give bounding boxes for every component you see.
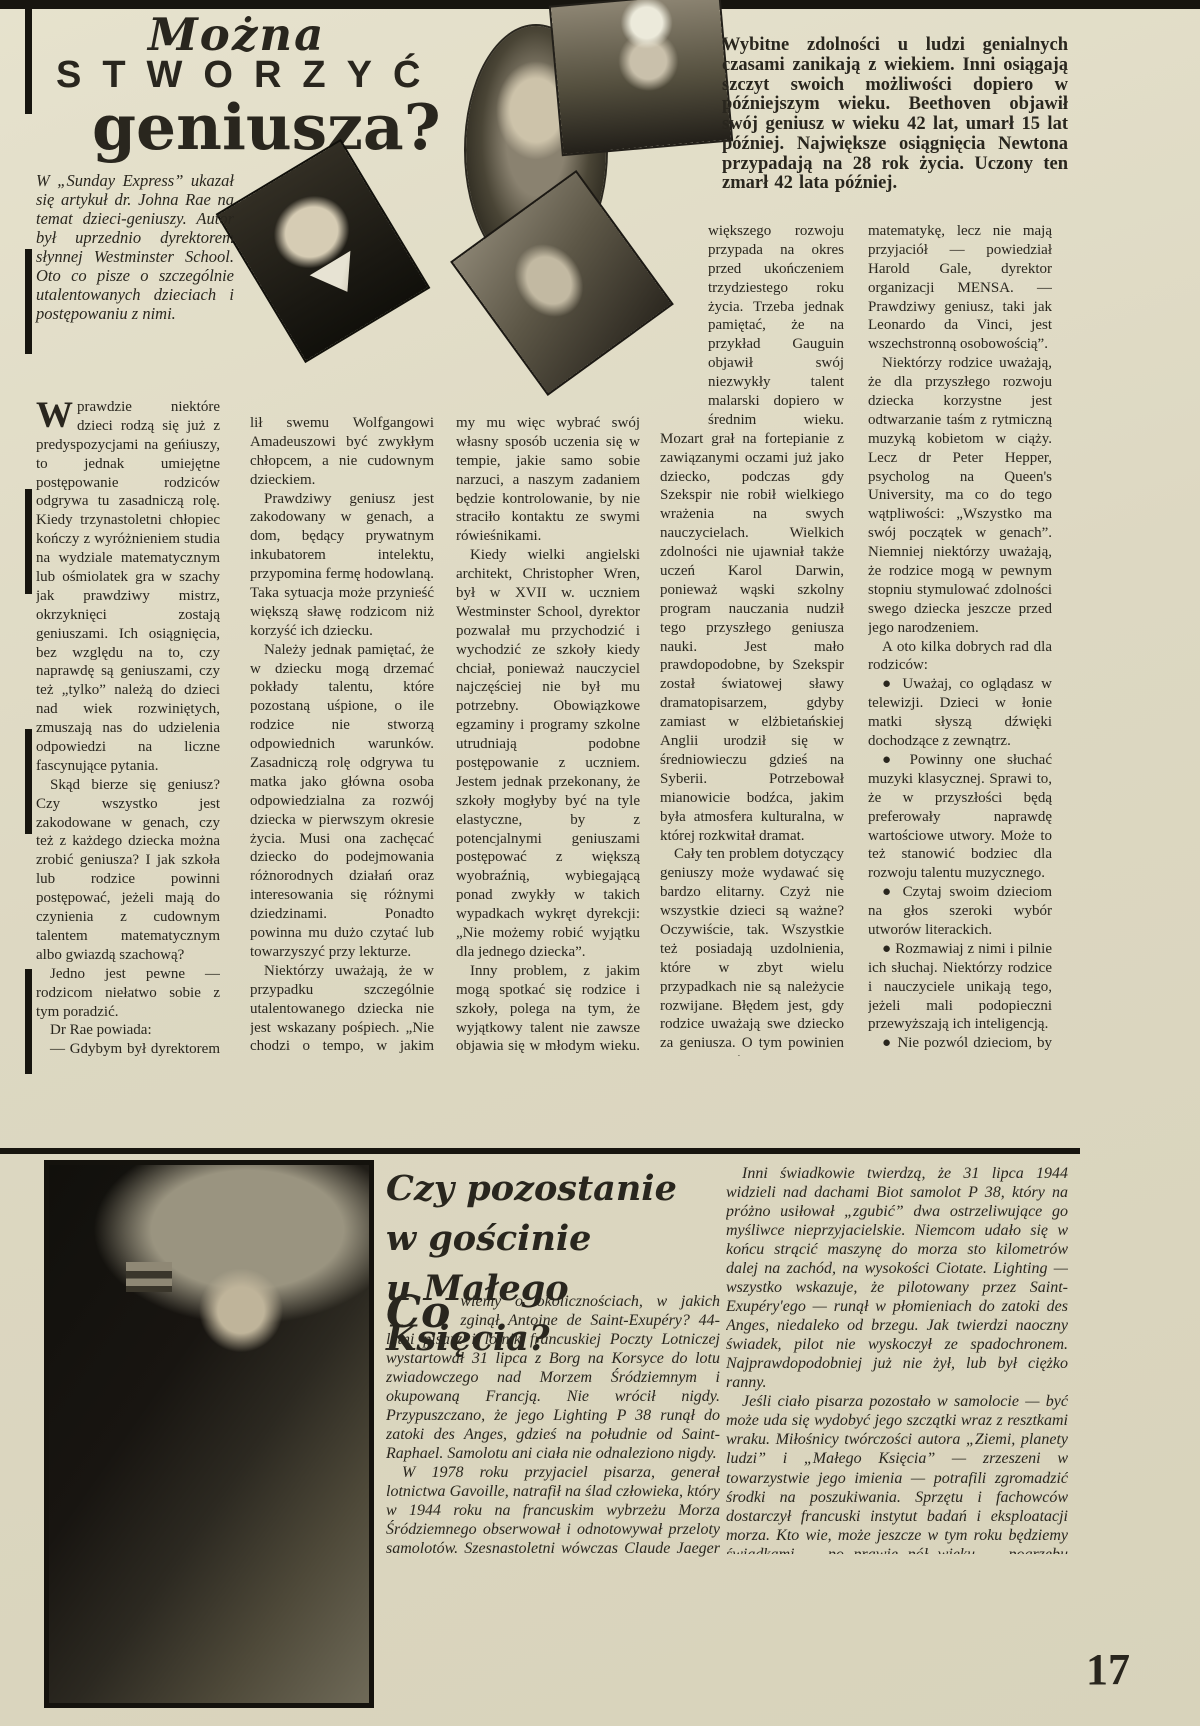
article-intro: W „Sunday Express” ukazał się artykuł dr… [36, 172, 234, 324]
column-3: my mu więc wybrać swój własny sposób ucz… [456, 414, 640, 1056]
bottom-article-column-right: Inni świadkowie twierdzą, że 31 lipca 19… [726, 1164, 1068, 1554]
headline-subtitle: geniusza? [92, 90, 441, 164]
saint-exupery-photo [44, 1160, 374, 1708]
body-paragraph: Niektórzy rodzice uważają, że dla przysz… [868, 354, 1052, 637]
drop-word: Co [386, 1292, 460, 1329]
body-paragraph: Inni świadkowie twierdzą, że 31 lipca 19… [726, 1164, 1068, 1392]
einstein-photo [551, 0, 731, 154]
column-5: matematykę, lecz nie mają przyjaciół — p… [868, 222, 1052, 1056]
article-lead: Wybitne zdolności u ludzi genialnych cza… [722, 36, 1068, 194]
body-paragraph: W 1978 roku przyjaciel pisarza, generał … [386, 1463, 720, 1560]
section-divider-rule [0, 1148, 1080, 1154]
photo-wrap-notch [660, 262, 702, 412]
body-paragraph: Inny problem, z jakim mogą spotkać się r… [456, 962, 640, 1056]
body-paragraph: my mu więc wybrać swój własny sposób ucz… [456, 414, 640, 546]
column-1: Wprawdzie niektóre dzieci rodzą się już … [36, 398, 220, 1056]
body-paragraph: Należy jednak pamiętać, że w dziecku mog… [250, 641, 434, 962]
page-number: 17 [1086, 1644, 1130, 1695]
body-paragraph: Wprawdzie niektóre dzieci rodzą się już … [36, 398, 220, 776]
column-4: większego rozwoju przypada na okres prze… [660, 222, 844, 1056]
magazine-page: { "page": { "number": "17" }, "photos": … [0, 0, 1200, 1726]
body-paragraph: Dr Rae powiada: [36, 1021, 220, 1040]
body-paragraph: Kiedy wielki angielski architekt, Christ… [456, 546, 640, 962]
body-paragraph: matematykę, lecz nie mają przyjaciół — p… [868, 222, 1052, 354]
left-edge-marks [25, 9, 32, 1149]
advice-bullet: ● Uważaj, co oglądasz w telewizji. Dziec… [868, 675, 1052, 751]
advice-bullet: ● Nie pozwól dzieciom, by były nazbyt uk… [868, 1034, 1052, 1056]
advice-bullet: ● Rozmawiaj z nimi i pilnie ich słuchaj.… [868, 940, 1052, 1034]
body-paragraph: Cowiemy o okolicznościach, w jakich zgin… [386, 1292, 720, 1463]
bottom-article-column-main: Cowiemy o okolicznościach, w jakich zgin… [386, 1292, 720, 1560]
column-2: lił swemu Wolfgangowi Amadeuszowi być zw… [250, 414, 434, 1056]
shakespeare-portrait [218, 142, 427, 361]
bottom-title-line: w gościnie [386, 1214, 731, 1264]
body-paragraph: — Gdybym był dyrektorem szkoły, do które… [36, 1040, 220, 1056]
body-paragraph: Jedno jest pewne — rodzicom niełatwo sob… [36, 965, 220, 1022]
collar-detail [309, 250, 368, 304]
body-paragraph: Prawdziwy geniusz jest zakodowany w gena… [250, 490, 434, 641]
body-paragraph: Niektórzy uważają, że w przypadku szczeg… [250, 962, 434, 1056]
advice-bullet: ● Powinny one słuchać muzyki klasycznej.… [868, 751, 1052, 883]
advice-bullet: ● Czytaj swoim dzieciom na głos szeroki … [868, 883, 1052, 940]
bottom-title-line: Czy pozostanie [386, 1164, 731, 1214]
body-paragraph: Jeśli ciało pisarza pozostało w samoloci… [726, 1392, 1068, 1554]
paragraph-text: prawdzie niektóre dzieci rodzą się już z… [36, 399, 220, 774]
body-paragraph: lił swemu Wolfgangowi Amadeuszowi być zw… [250, 414, 434, 490]
drop-cap: W [36, 398, 77, 431]
body-paragraph: Cały ten problem dotyczący geniuszy może… [660, 845, 844, 1056]
aviator-cap-detail [126, 1262, 172, 1292]
body-paragraph: Skąd bierze się geniusz? Czy wszystko je… [36, 776, 220, 965]
body-paragraph: A oto kilka dobrych rad dla rodziców: [868, 638, 1052, 676]
